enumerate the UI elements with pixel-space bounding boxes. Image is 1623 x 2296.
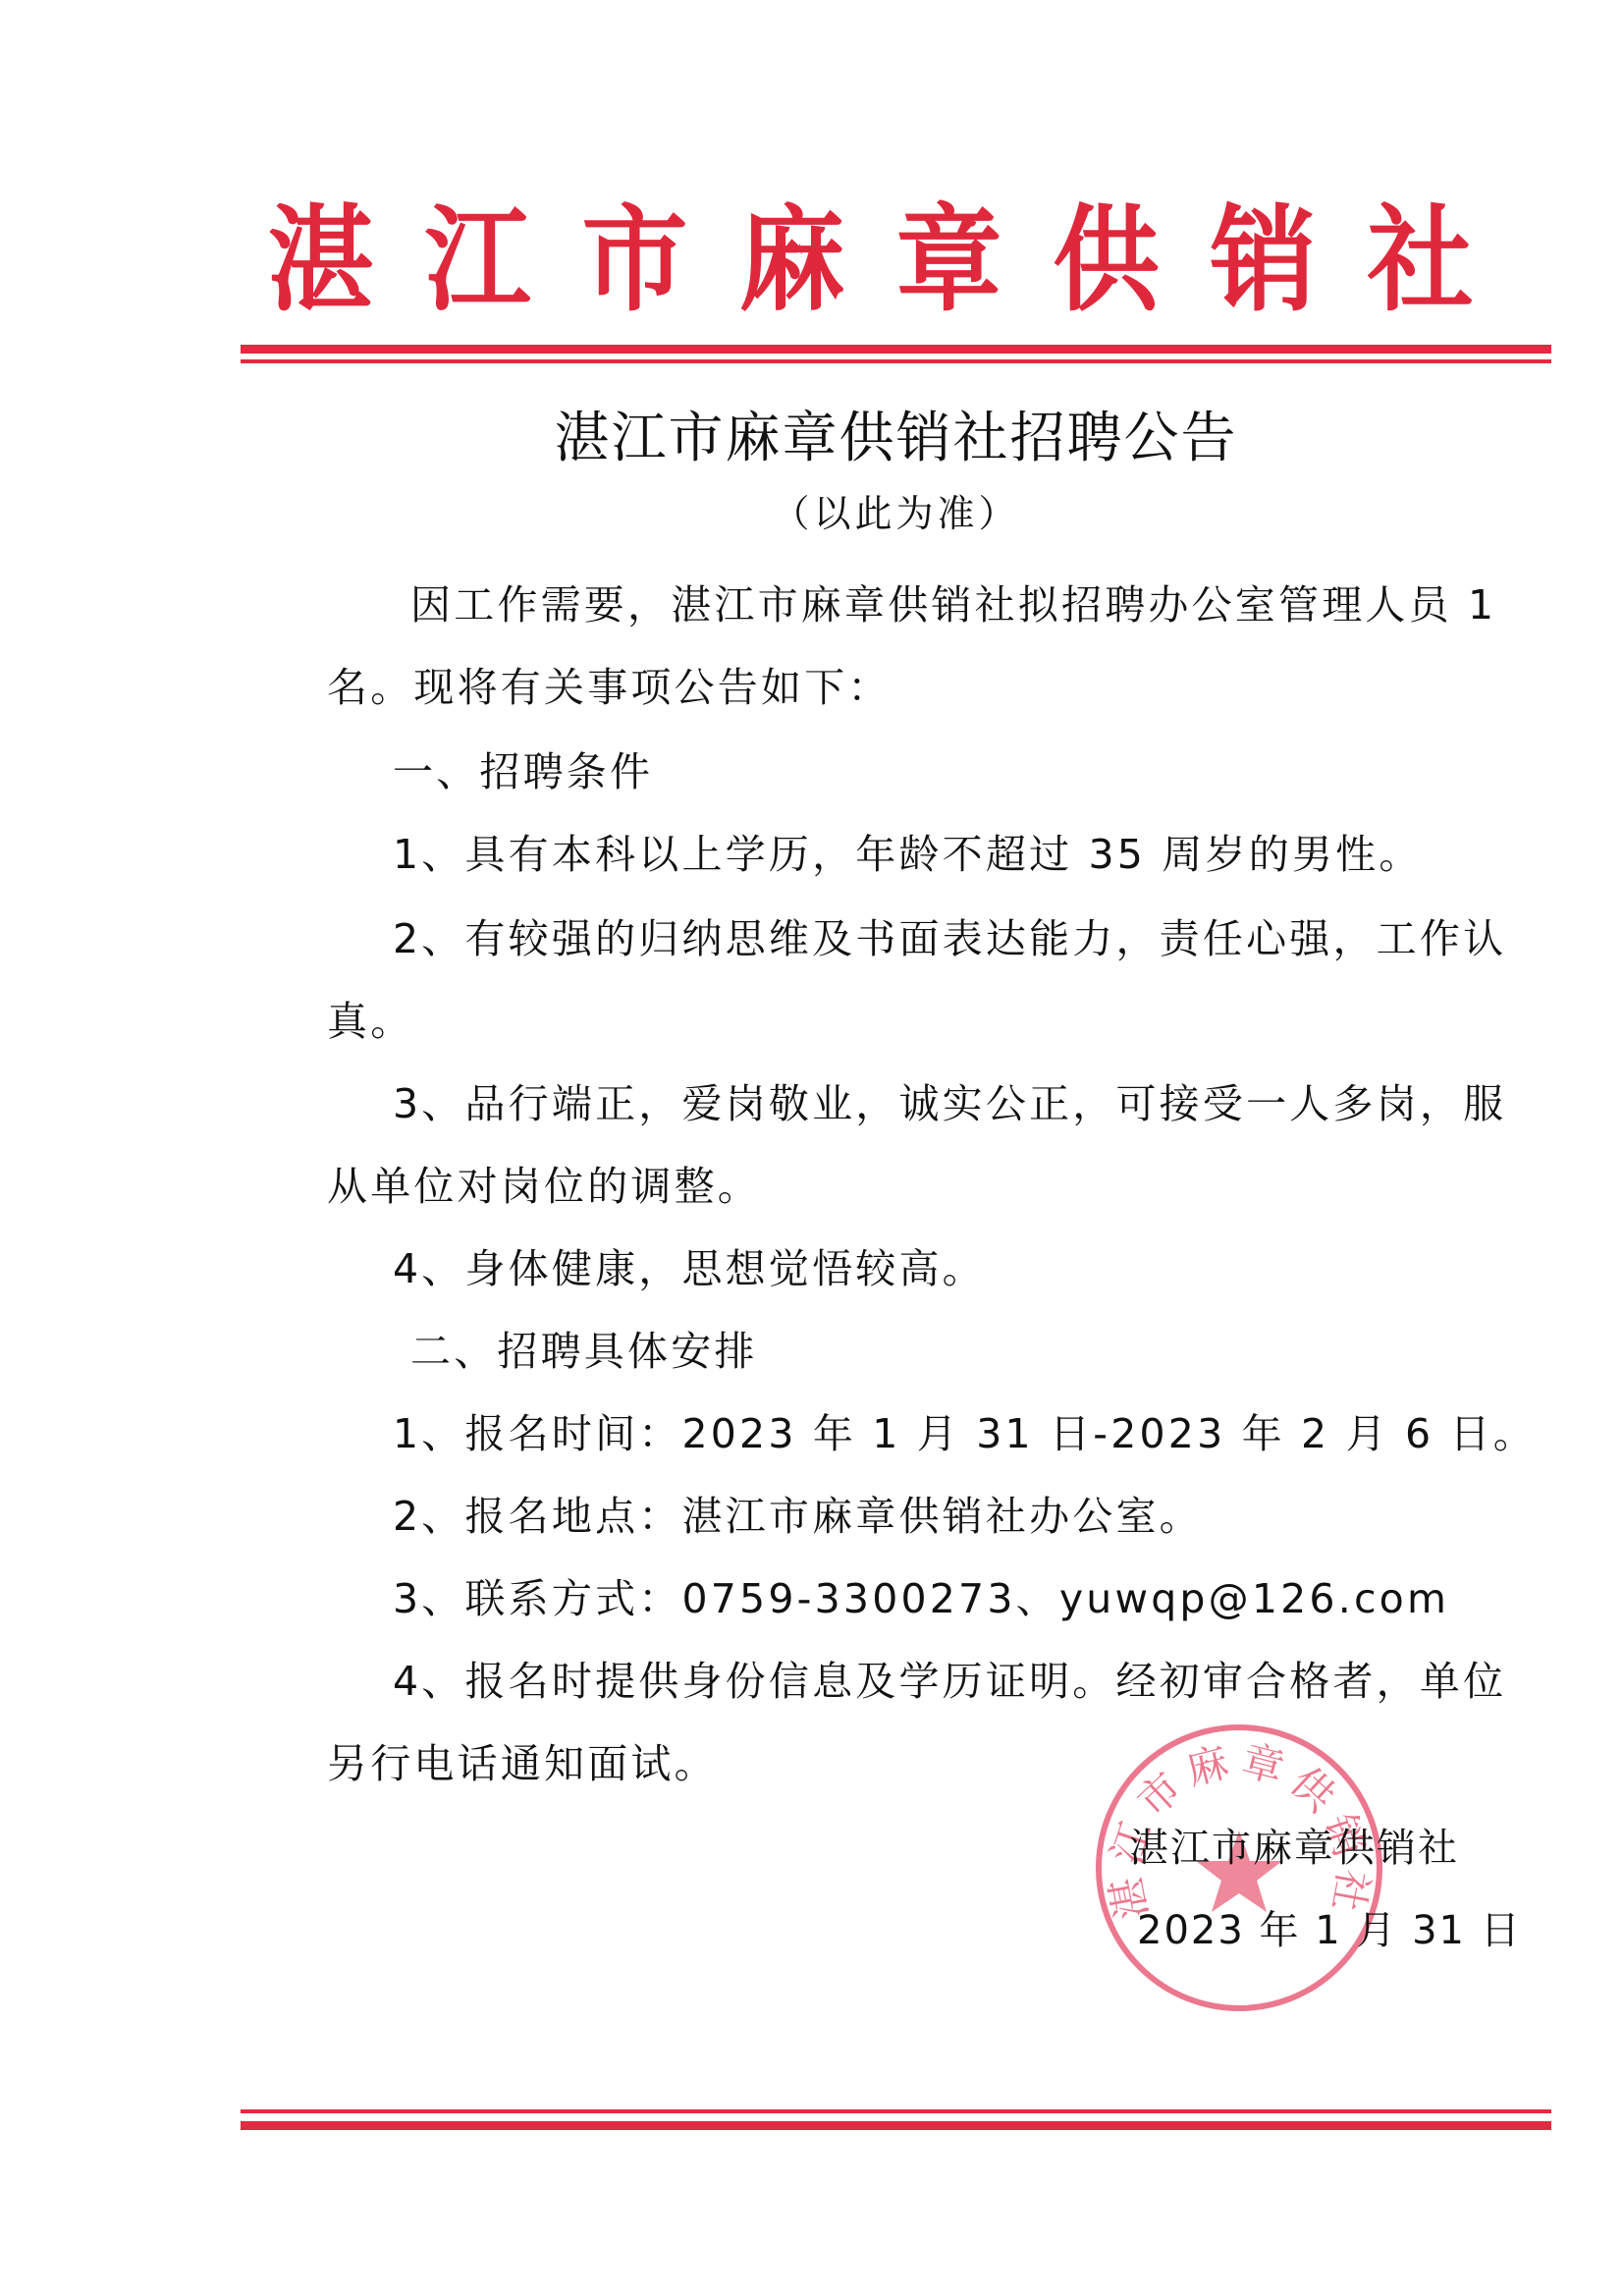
arrangement-item-2: 2、报名地点：湛江市麻章供销社办公室。 bbox=[393, 1491, 1203, 1542]
requirement-item-2-cont: 真。 bbox=[327, 996, 413, 1047]
document-subtitle: （以此为准） bbox=[241, 489, 1551, 538]
requirement-item-3: 3、品行端正，爱岗敬业，诚实公正，可接受一人多岗，服 bbox=[393, 1078, 1506, 1129]
section-heading-arrangements: 二、招聘具体安排 bbox=[410, 1326, 758, 1377]
requirement-item-1: 1、具有本科以上学历，年龄不超过 35 周岁的男性。 bbox=[393, 829, 1423, 880]
footer-rule-thick bbox=[241, 2121, 1551, 2130]
masthead-org-name: 湛江市麻章供销社 bbox=[241, 191, 1551, 329]
arrangement-item-4: 4、报名时提供身份信息及学历证明。经初审合格者，单位 bbox=[393, 1656, 1506, 1707]
signature-org: 湛江市麻章供销社 bbox=[1129, 1823, 1459, 1874]
arrangement-item-1: 1、报名时间：2023 年 1 月 31 日-2023 年 2 月 6 日。 bbox=[393, 1408, 1537, 1459]
arrangement-item-4-cont: 另行电话通知面试。 bbox=[327, 1738, 718, 1789]
signature-date: 2023 年 1 月 31 日 bbox=[1137, 1905, 1522, 1956]
section-heading-requirements: 一、招聘条件 bbox=[393, 746, 653, 797]
arrangement-item-3-contact: 3、联系方式：0759-3300273、yuwqp@126.com bbox=[393, 1573, 1449, 1624]
requirement-item-3-cont: 从单位对岗位的调整。 bbox=[327, 1161, 761, 1212]
document-title: 湛江市麻章供销社招聘公告 bbox=[241, 405, 1551, 473]
header-rule-thick bbox=[241, 345, 1551, 354]
body-paragraph-intro: 因工作需要，湛江市麻章供销社拟招聘办公室管理人员 1 bbox=[410, 579, 1496, 630]
requirement-item-4: 4、身体健康，思想觉悟较高。 bbox=[393, 1243, 986, 1294]
footer-rule-thin bbox=[241, 2109, 1551, 2113]
body-paragraph-intro-cont: 名。现将有关事项公告如下： bbox=[327, 662, 892, 713]
header-rule-thin bbox=[241, 359, 1551, 363]
requirement-item-2: 2、有较强的归纳思维及书面表达能力，责任心强，工作认 bbox=[393, 913, 1506, 964]
